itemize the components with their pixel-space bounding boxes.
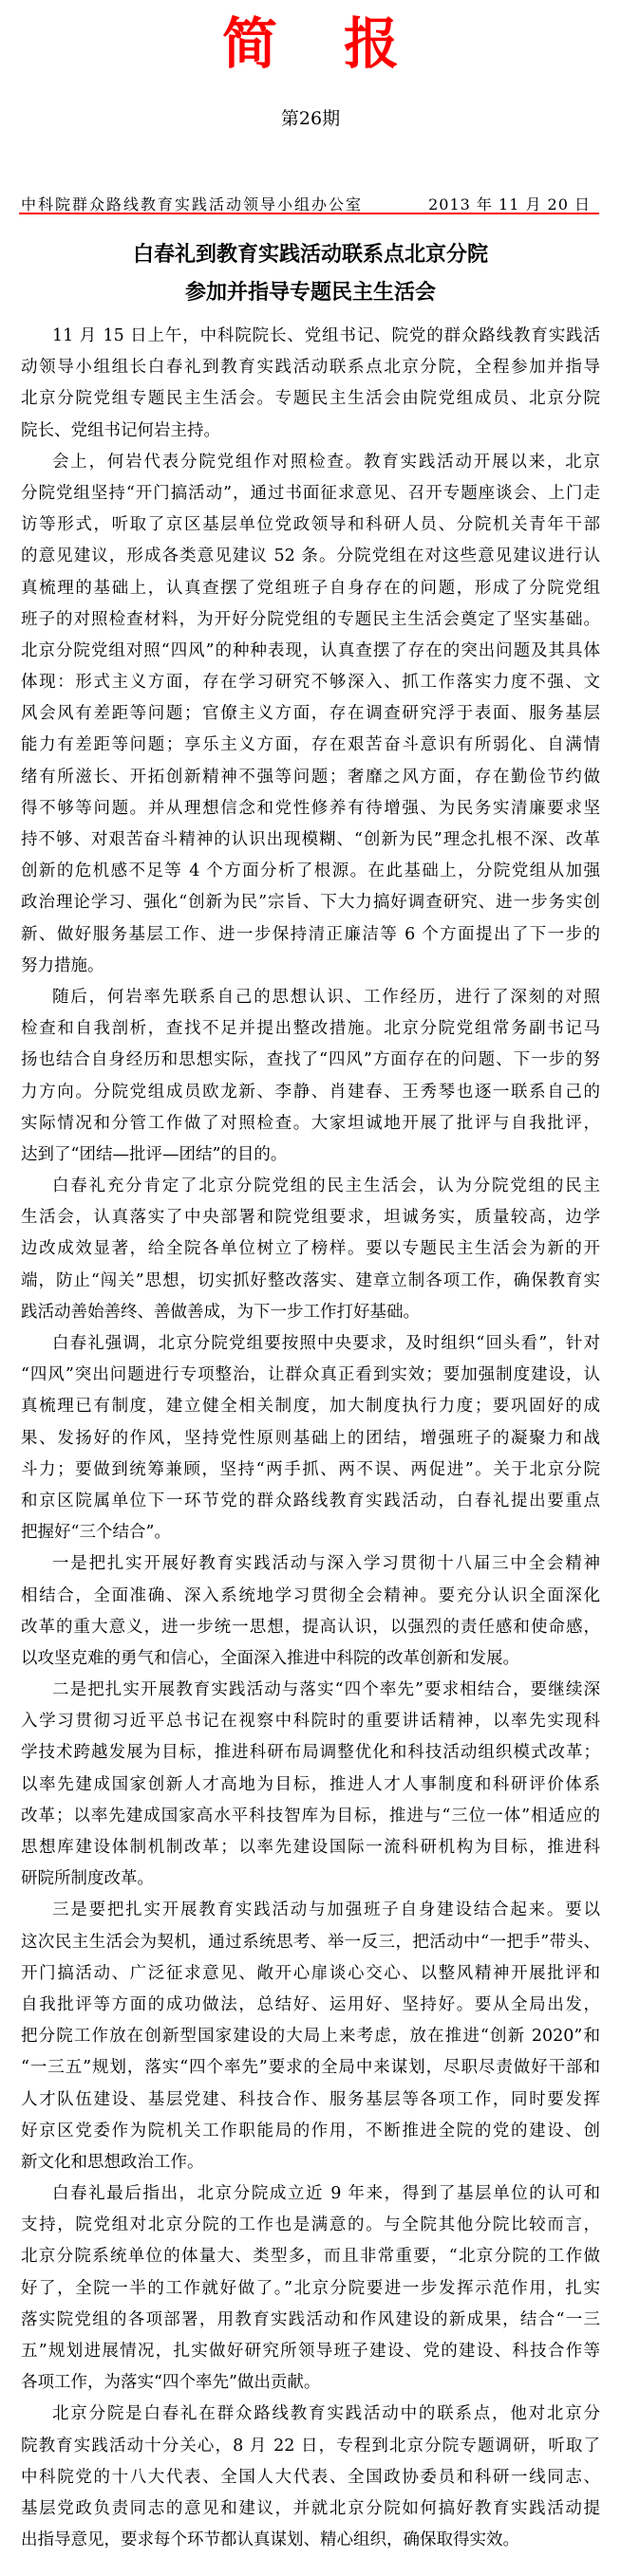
paragraph-line: 白春礼强调，北京分院党组要按照中央要求，及时组织“回头看”，针对 xyxy=(21,1328,600,1360)
paragraph: 二是把扎实开展教育实践活动与落实“四个率先”要求相结合，要继续深入学习贯彻习近平… xyxy=(21,1675,600,1895)
paragraph-line: 11 月 15 日上午，中科院院长、党组书记、院党的群众路线教育实践活 xyxy=(21,321,600,352)
paragraph: 白春礼最后指出，北京分院成立近 9 年来，得到了基层单位的认可和支持，院党组对北… xyxy=(21,2178,600,2399)
paragraph-line: 努力措施。 xyxy=(21,951,600,982)
paragraph-line: 体现：形式主义方面，存在学习研究不够深入、抓工作落实力度不强、文 xyxy=(21,667,600,698)
paragraph-line: 班子的对照检查材料，为开好分院党组的专题民主生活会奠定了坚实基础。 xyxy=(21,604,600,636)
paragraph-line: 新文化和思想政治工作。 xyxy=(21,2147,600,2178)
paragraph-line: 这次民主生活会为契机，通过系统思考、举一反三，把活动中“一把手”带头、 xyxy=(21,1927,600,1958)
paragraph-line: 扬也结合自身经历和思想实际，查找了“四风”方面存在的问题、下一步的努 xyxy=(21,1045,600,1076)
paragraph-line: 开门搞活动、广泛征求意见、敞开心扉谈心交心、以整风精神开展批评和 xyxy=(21,1958,600,1990)
paragraph-line: 持不够、对艰苦奋斗精神的认识出现模糊、“创新为民”理念扎根不深、改革 xyxy=(21,825,600,856)
paragraph-line: 实际情况和分管工作做了对照检查。大家坦诚地开展了批评与自我批评， xyxy=(21,1108,600,1140)
paragraph-line: 政治理论学习、强化“创新为民”宗旨、下大力搞好调查研究、进一步务实创 xyxy=(21,887,600,918)
paragraph-line: 支持，院党组对北京分院的工作也是满意的。与全院其他分院比较而言， xyxy=(21,2210,600,2241)
paragraph-line: 把分院工作放在创新型国家建设的大局上来考虑，放在推进“创新 2020”和 xyxy=(21,2021,600,2052)
paragraph-line: 能力有差距等问题；享乐主义方面，存在艰苦奋斗意识有所弱化、自满情 xyxy=(21,730,600,761)
paragraph-line: 以率先建成国家创新人才高地为目标，推进人才人事制度和科研评价体系 xyxy=(21,1770,600,1801)
paragraph-line: 绪有所滋长、开拓创新精神不强等问题；奢靡之风方面，存在勤俭节约做 xyxy=(21,762,600,793)
article-title-line-2: 参加并指导专题民主生活会 xyxy=(0,277,621,307)
paragraph-line: 二是把扎实开展教育实践活动与落实“四个率先”要求相结合，要继续深 xyxy=(21,1675,600,1706)
paragraph-line: 北京分院党组对照“四风”的种种表现，认真查摆了存在的突出问题及其具体 xyxy=(21,636,600,667)
paragraph-line: 检查和自我剖析，查找不足并提出整改措施。北京分院党组常务副书记马 xyxy=(21,1013,600,1045)
paragraph-line: 真梳理已有制度，建立健全相关制度，加大制度执行力度；要巩固好的成 xyxy=(21,1391,600,1422)
article-title-line-1: 白春礼到教育实践活动联系点北京分院 xyxy=(0,239,621,269)
paragraph-line: 入学习贯彻习近平总书记在视察中科院时的重要讲话精神，以率先实现科 xyxy=(21,1706,600,1737)
paragraph-line: 改革；以率先建成国家高水平科技智库为目标，推进与“三位一体”相适应的 xyxy=(21,1801,600,1832)
paragraph-line: 分院党组坚持“开门搞活动”，通过书面征求意见、召开专题座谈会、上门走 xyxy=(21,478,600,510)
paragraph-line: 会上，何岩代表分院党组作对照检查。教育实践活动开展以来，北京 xyxy=(21,447,600,478)
paragraph-line: 北京分院党组专题民主生活会。专题民主生活会由院党组成员、北京分院 xyxy=(21,383,600,415)
paragraph-line: 边改成效显著，给全院各单位树立了榜样。要以专题民主生活会为新的开 xyxy=(21,1233,600,1265)
paragraph-line: 好了，全院一半的工作就好做了。”北京分院要进一步发挥示范作用，扎实 xyxy=(21,2273,600,2305)
paragraph-line: 人才队伍建设、基层党建、科技合作、服务基层等各项工作，同时要发挥 xyxy=(21,2085,600,2116)
paragraph-line: 把握好“三个结合”。 xyxy=(21,1517,600,1548)
paragraph: 白春礼充分肯定了北京分院党组的民主生活会，认为分院党组的民主生活会，认真落实了中… xyxy=(21,1171,600,1328)
paragraph: 白春礼强调，北京分院党组要按照中央要求，及时组织“回头看”，针对“四风”突出问题… xyxy=(21,1328,600,1548)
paragraph-line: 力方向。分院党组成员欧龙新、李静、肖建春、王秀琴也逐一联系自己的 xyxy=(21,1077,600,1108)
paragraph: 北京分院是白春礼在群众路线教育实践活动中的联系点，他对北京分院教育实践活动十分关… xyxy=(21,2399,600,2556)
paragraph-line: 改革的重大意义，进一步统一思想，提高认识，以强烈的责任感和使命感， xyxy=(21,1612,600,1643)
masthead-title: 简报 xyxy=(0,13,621,74)
paragraph-line: 出指导意见，要求每个环节都认真谋划、精心组织，确保取得实效。 xyxy=(21,2525,600,2556)
paragraph-line: 北京分院是白春礼在群众路线教育实践活动中的联系点，他对北京分 xyxy=(21,2399,600,2430)
red-divider xyxy=(19,213,599,214)
paragraph: 三是要把扎实开展教育实践活动与加强班子自身建设结合起来。要以这次民主生活会为契机… xyxy=(21,1895,600,2178)
paragraph-line: 端，防止“闯关”思想，切实抓好整改落实、建章立制各项工作，确保教育实 xyxy=(21,1266,600,1297)
paragraph-line: 和京区院属单位下一环节党的群众路线教育实践活动，白春礼提出要重点 xyxy=(21,1486,600,1517)
paragraph-line: 得不够等问题。并从理想信念和党性修养有待增强、为民务实清廉要求坚 xyxy=(21,793,600,825)
paragraph-line: 践活动善始善终、善做善成，为下一步工作打好基础。 xyxy=(21,1297,600,1328)
paragraph-line: 三是要把扎实开展教育实践活动与加强班子自身建设结合起来。要以 xyxy=(21,1895,600,1926)
paragraph-line: 落实院党组的各项部署，用教育实践活动和作风建设的新成果，结合“一三 xyxy=(21,2305,600,2336)
paragraph-line: 各项工作，为落实“四个率先”做出贡献。 xyxy=(21,2367,600,2399)
paragraph-line: 生活会，认真落实了中央部署和院党组要求，坦诚务实，质量较高，边学 xyxy=(21,1202,600,1233)
paragraph: 随后，何岩率先联系自己的思想认识、工作经历，进行了深刻的对照检查和自我剖析，查找… xyxy=(21,982,600,1171)
article-body: 11 月 15 日上午，中科院院长、党组书记、院党的群众路线教育实践活动领导小组… xyxy=(21,321,600,2556)
paragraph: 一是把扎实开展好教育实践活动与深入学习贯彻十八届三中全会精神相结合，全面准确、深… xyxy=(21,1548,600,1675)
paragraph-line: 中科院党的十八大代表、全国人大代表、全国政协委员和科研一线同志、 xyxy=(21,2462,600,2493)
paragraph-line: 斗力；要做到统筹兼顾，坚持“两手抓、两不误、两促进”。关于北京分院 xyxy=(21,1455,600,1486)
paragraph-line: 新、做好服务基层工作、进一步保持清正廉洁等 6 个方面提出了下一步的 xyxy=(21,919,600,951)
paragraph-line: 思想库建设体制机制改革；以率先建设国际一流科研机构为目标，推进科 xyxy=(21,1832,600,1863)
paragraph-line: 白春礼最后指出，北京分院成立近 9 年来，得到了基层单位的认可和 xyxy=(21,2178,600,2210)
paragraph-line: 白春礼充分肯定了北京分院党组的民主生活会，认为分院党组的民主 xyxy=(21,1171,600,1202)
paragraph-line: 真梳理的基础上，认真查摆了党组班子自身存在的问题，形成了分院党组 xyxy=(21,573,600,604)
paragraph-line: 相结合，全面准确、深入系统地学习贯彻全会精神。要充分认识全面深化 xyxy=(21,1581,600,1612)
paragraph-line: 果、发扬好的作风，坚持党性原则基础上的团结，增强班子的凝聚力和战 xyxy=(21,1423,600,1455)
paragraph-line: 动领导小组组长白春礼到教育实践活动联系点北京分院，全程参加并指导 xyxy=(21,352,600,383)
paragraph-line: 学技术跨越发展为目标，推进科研布局调整优化和科技活动组织模式改革； xyxy=(21,1737,600,1769)
paragraph-line: 北京分院系统单位的体量大、类型多，而且非常重要，“北京分院的工作做 xyxy=(21,2241,600,2272)
paragraph-line: “一三五”规划，落实“四个率先”要求的全局中来谋划，尽职尽责做好干部和 xyxy=(21,2052,600,2084)
paragraph-line: 自我批评等方面的成功做法，总结好、运用好、坚持好。要从全局出发， xyxy=(21,1990,600,2021)
paragraph-line: 的意见建议，形成各类意见建议 52 条。分院党组在对这些意见建议进行认 xyxy=(21,541,600,572)
paragraph-line: 以攻坚克难的勇气和信心，全面深入推进中科院的改革创新和发展。 xyxy=(21,1643,600,1675)
paragraph-line: 基层党政负责同志的意见和建议，并就北京分院如何搞好教育实践活动提 xyxy=(21,2493,600,2525)
paragraph: 会上，何岩代表分院党组作对照检查。教育实践活动开展以来，北京分院党组坚持“开门搞… xyxy=(21,447,600,982)
paragraph-line: 一是把扎实开展好教育实践活动与深入学习贯彻十八届三中全会精神 xyxy=(21,1548,600,1580)
paragraph-line: 达到了“团结—批评—团结”的目的。 xyxy=(21,1140,600,1171)
paragraph-line: 随后，何岩率先联系自己的思想认识、工作经历，进行了深刻的对照 xyxy=(21,982,600,1013)
paragraph-line: 院教育实践活动十分关心，8 月 22 日，专程到北京分院专题调研，听取了 xyxy=(21,2431,600,2462)
paragraph-line: 五”规划进展情况，扎实做好研究所领导班子建设、党的建设、科技合作等 xyxy=(21,2336,600,2367)
paragraph-line: 研院所制度改革。 xyxy=(21,1863,600,1895)
paragraph-line: 院长、党组书记何岩主持。 xyxy=(21,416,600,447)
paragraph-line: 访等形式，听取了京区基层单位党政领导和科研人员、分院机关青年干部 xyxy=(21,510,600,541)
paragraph-line: 创新的危机感不足等 4 个方面分析了根源。在此基础上，分院党组从加强 xyxy=(21,856,600,887)
paragraph-line: 风会风有差距等问题；官僚主义方面，存在调查研究浮于表面、服务基层 xyxy=(21,698,600,730)
issue-number: 第26期 xyxy=(0,104,621,133)
paragraph-line: 好京区党委作为院机关工作职能局的作用，不断推进全院的党的建设、创 xyxy=(21,2116,600,2147)
paragraph: 11 月 15 日上午，中科院院长、党组书记、院党的群众路线教育实践活动领导小组… xyxy=(21,321,600,447)
paragraph-line: “四风”突出问题进行专项整治，让群众真正看到实效；要加强制度建设，认 xyxy=(21,1360,600,1391)
